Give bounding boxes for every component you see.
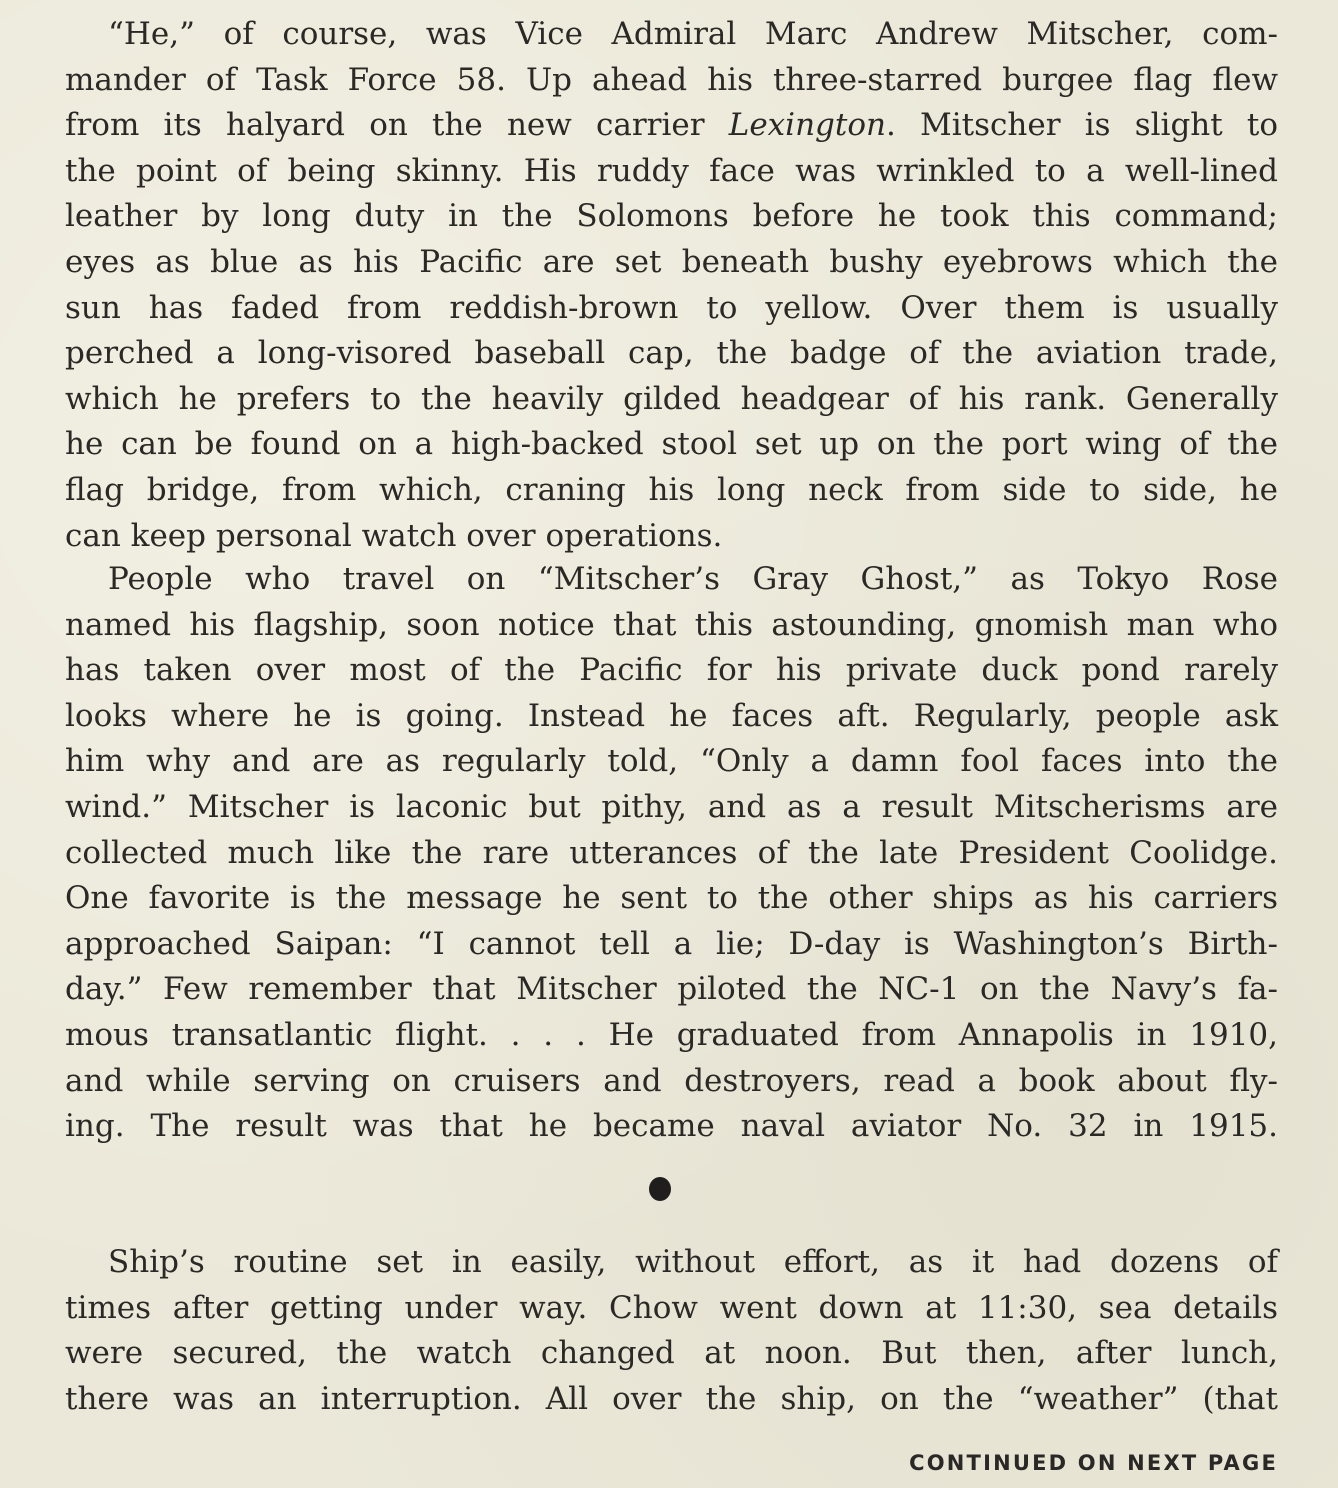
document-page: “He,” of course, was Vice Admiral Marc A…	[0, 0, 1338, 1488]
text-line: “He,” of course, was Vice Admiral Marc A…	[65, 12, 1278, 58]
text-line-content: Ship’s routine set in easily, without ef…	[108, 1240, 1278, 1286]
paragraph-3: Ship’s routine set in easily, without ef…	[65, 1240, 1278, 1422]
text-line-content: flag bridge, from which, craning his lon…	[65, 468, 1278, 514]
text-line: can keep personal watch over operations.	[65, 514, 1278, 560]
text-line-content: One favorite is the message he sent to t…	[65, 876, 1278, 922]
text-line: looks where he is going. Instead he face…	[65, 694, 1278, 740]
text-line: he can be found on a high-backed stool s…	[65, 422, 1278, 468]
text-line: and while serving on cruisers and destro…	[65, 1059, 1278, 1105]
text-line: which he prefers to the heavily gilded h…	[65, 377, 1278, 423]
text-line: day.” Few remember that Mitscher piloted…	[65, 967, 1278, 1013]
text-line-content: the point of being skinny. His ruddy fac…	[65, 149, 1278, 195]
text-line-content: him why and are as regularly told, “Only…	[65, 739, 1278, 785]
text-line-content: were secured, the watch changed at noon.…	[65, 1331, 1278, 1377]
text-line-content: times after getting under way. Chow went…	[65, 1286, 1278, 1332]
text-line-content: ing. The result was that he became naval…	[65, 1104, 1278, 1150]
text-line-content: sun has faded from reddish-brown to yell…	[65, 286, 1278, 332]
text-line-content: has taken over most of the Pacific for h…	[65, 648, 1278, 694]
text-line: approached Saipan: “I cannot tell a lie;…	[65, 922, 1278, 968]
text-line: mander of Task Force 58. Up ahead his th…	[65, 58, 1278, 104]
text-line-content: approached Saipan: “I cannot tell a lie;…	[65, 922, 1278, 968]
text-line: has taken over most of the Pacific for h…	[65, 648, 1278, 694]
text-line: perched a long-visored baseball cap, the…	[65, 331, 1278, 377]
ship-name-italic: Lexington	[729, 107, 886, 143]
text-line-with-italic: from its halyard on the new carrier Lexi…	[65, 103, 1278, 149]
text-line-content: leather by long duty in the Solomons bef…	[65, 194, 1278, 240]
text-line: eyes as blue as his Pacific are set bene…	[65, 240, 1278, 286]
text-line: leather by long duty in the Solomons bef…	[65, 194, 1278, 240]
text-line-content: perched a long-visored baseball cap, the…	[65, 331, 1278, 377]
text-line-content: wind.” Mitscher is laconic but pithy, an…	[65, 785, 1278, 831]
text-line-content: and while serving on cruisers and destro…	[65, 1059, 1278, 1105]
paragraph-2: People who travel on “Mitscher’s Gray Gh…	[65, 557, 1278, 1150]
text-line-content: mous transatlantic flight. . . . He grad…	[65, 1013, 1278, 1059]
text-line-content: collected much like the rare utterances …	[65, 831, 1278, 877]
text-line-content: “He,” of course, was Vice Admiral Marc A…	[108, 12, 1278, 58]
text-line-content: looks where he is going. Instead he face…	[65, 694, 1278, 740]
text-line-content: People who travel on “Mitscher’s Gray Gh…	[108, 557, 1278, 603]
text-line: flag bridge, from which, craning his lon…	[65, 468, 1278, 514]
bullet-dot-icon	[649, 1177, 671, 1201]
text-line-content: which he prefers to the heavily gilded h…	[65, 377, 1278, 423]
text-line: sun has faded from reddish-brown to yell…	[65, 286, 1278, 332]
text-line: ing. The result was that he became naval…	[65, 1104, 1278, 1150]
text-line-content: he can be found on a high-backed stool s…	[65, 422, 1278, 468]
continued-on-next-page-label: CONTINUED ON NEXT PAGE	[909, 1451, 1278, 1475]
text-line: named his flagship, soon notice that thi…	[65, 603, 1278, 649]
text-line: times after getting under way. Chow went…	[65, 1286, 1278, 1332]
text-line: were secured, the watch changed at noon.…	[65, 1331, 1278, 1377]
paragraph-1: “He,” of course, was Vice Admiral Marc A…	[65, 12, 1278, 559]
text-line: Ship’s routine set in easily, without ef…	[65, 1240, 1278, 1286]
text-segment: . Mitscher is slight to	[886, 107, 1278, 143]
text-line: the point of being skinny. His ruddy fac…	[65, 149, 1278, 195]
text-line: mous transatlantic flight. . . . He grad…	[65, 1013, 1278, 1059]
text-line-content: named his flagship, soon notice that thi…	[65, 603, 1278, 649]
text-line: there was an interruption. All over the …	[65, 1377, 1278, 1423]
text-line: People who travel on “Mitscher’s Gray Gh…	[65, 557, 1278, 603]
text-line: wind.” Mitscher is laconic but pithy, an…	[65, 785, 1278, 831]
text-line: One favorite is the message he sent to t…	[65, 876, 1278, 922]
text-line: him why and are as regularly told, “Only…	[65, 739, 1278, 785]
text-line-content: mander of Task Force 58. Up ahead his th…	[65, 58, 1278, 104]
text-line: collected much like the rare utterances …	[65, 831, 1278, 877]
text-line-content: from its halyard on the new carrier Lexi…	[65, 103, 1278, 149]
text-line-content: eyes as blue as his Pacific are set bene…	[65, 240, 1278, 286]
text-line-content: there was an interruption. All over the …	[65, 1377, 1278, 1423]
text-line-content: day.” Few remember that Mitscher piloted…	[65, 967, 1278, 1013]
text-segment: from its halyard on the new carrier	[65, 107, 729, 143]
text-line-content: can keep personal watch over operations.	[65, 514, 1278, 560]
